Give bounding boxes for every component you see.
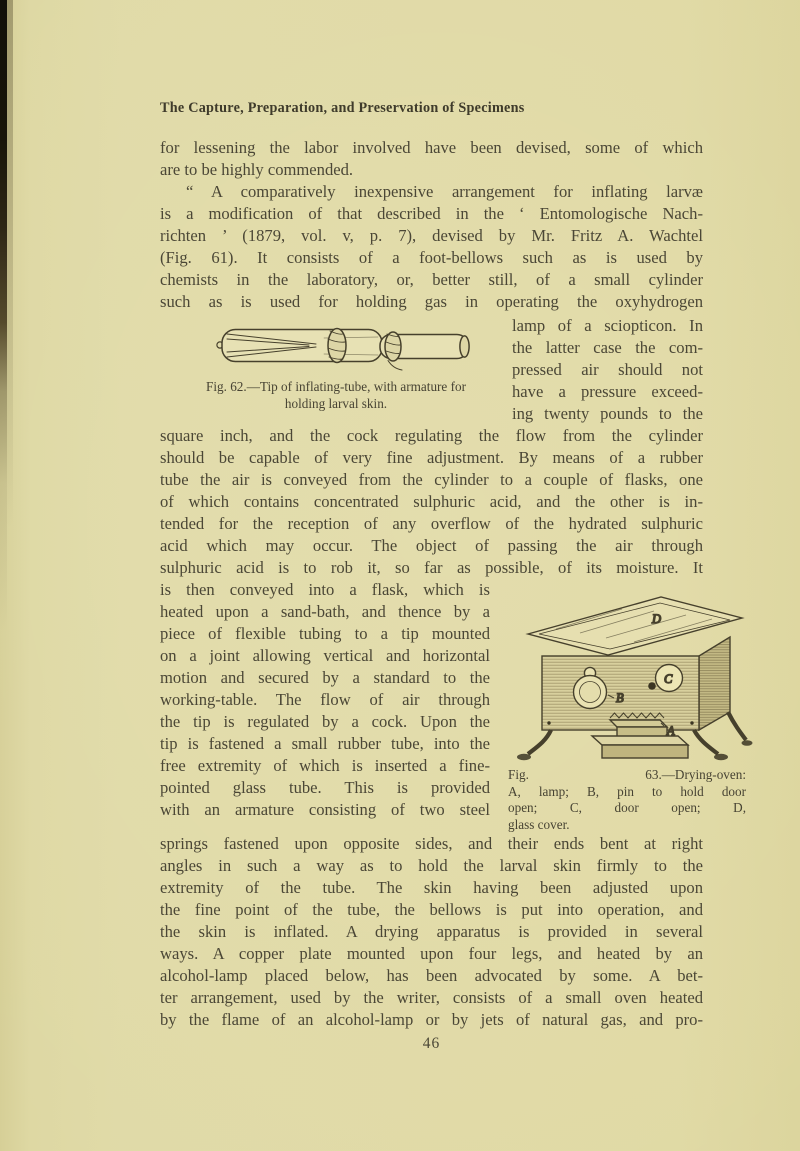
text-line: chemists in the laboratory, or, better s… — [160, 269, 703, 291]
text-line: lamp of a sciopticon. In — [512, 315, 703, 337]
page-number: 46 — [160, 1035, 703, 1053]
binding-shadow — [0, 0, 7, 1151]
text-line: heated upon a sand-bath, and thence by a — [160, 601, 490, 623]
text-line: for lessening the labor involved have be… — [160, 137, 703, 159]
text-line: piece of flexible tubing to a tip mounte… — [160, 623, 490, 645]
text-line: angles in such a way as to hold the larv… — [160, 855, 703, 877]
figure-63-row: is then conveyed into a flask, which ish… — [160, 579, 703, 833]
text-line: with an armature consisting of two steel — [160, 799, 490, 821]
text-line: motion and secured by a standard to the — [160, 667, 490, 689]
paragraph-2-part-3: springs fastened upon opposite sides, an… — [160, 833, 703, 1031]
text-line: A, lamp; B, pin to hold door — [508, 784, 746, 801]
binding-shadow-soft — [7, 0, 13, 529]
text-line: is then conveyed into a flask, which is — [160, 579, 490, 601]
text-line: have a pressure exceed- — [512, 381, 703, 403]
fig63-label-a: A — [666, 724, 675, 738]
paragraph-2-beside-figure-62: lamp of a sciopticon. Inthe latter case … — [512, 313, 703, 425]
figure-62: Fig. 62.—Tip of inflating-tube, with arm… — [160, 313, 512, 412]
text-line: working-table. The flow of air through — [160, 689, 490, 711]
text-line: should be capable of very fine adjustmen… — [160, 447, 703, 469]
text-line: pointed glass tube. This is provided — [160, 777, 490, 799]
inflating-tube-illustration — [212, 318, 484, 376]
text-line: square inch, and the cock regulating the… — [160, 425, 703, 447]
figure-63: D B C — [502, 579, 754, 833]
book-page: The Capture, Preparation, and Preservati… — [0, 0, 800, 1151]
text-line: “ A comparatively inexpensive arrangemen… — [160, 181, 703, 203]
text-line: acid which may occur. The object of pass… — [160, 535, 703, 557]
text-line: ways. A copper plate mounted upon four l… — [160, 943, 703, 965]
figure-62-row: Fig. 62.—Tip of inflating-tube, with arm… — [160, 313, 703, 425]
paragraph-2-part-2: square inch, and the cock regulating the… — [160, 425, 703, 579]
text-line: on a joint allowing vertical and horizon… — [160, 645, 490, 667]
text-line: Fig. 63.—Drying-oven: — [508, 767, 746, 784]
text-line: tube the air is conveyed from the cylind… — [160, 469, 703, 491]
paragraph-1: for lessening the labor involved have be… — [160, 137, 703, 181]
text-line: by the flame of an alcohol-lamp or by je… — [160, 1009, 703, 1031]
text-line: glass cover. — [508, 817, 746, 834]
text-line: (Fig. 61). It consists of a foot-bellows… — [160, 247, 703, 269]
fig63-label-c: C — [664, 672, 673, 686]
text-line: are to be highly commended. — [160, 159, 703, 181]
text-line: is a modification of that described in t… — [160, 203, 703, 225]
text-line: tended for the reception of any overflow… — [160, 513, 703, 535]
drying-oven-illustration: D B C — [504, 589, 754, 763]
text-line: free extremity of which is inserted a fi… — [160, 755, 490, 777]
figure-63-caption: Fig. 63.—Drying-oven:A, lamp; B, pin to … — [508, 767, 746, 833]
page-content: The Capture, Preparation, and Preservati… — [160, 100, 703, 1053]
running-header: The Capture, Preparation, and Preservati… — [160, 100, 703, 117]
text-line: springs fastened upon opposite sides, an… — [160, 833, 703, 855]
text-line: open; C, door open; D, — [508, 800, 746, 817]
text-line: holding larval skin. — [160, 396, 512, 413]
text-line: of which contains concentrated sulphuric… — [160, 491, 703, 513]
text-line: alcohol-lamp placed below, has been advo… — [160, 965, 703, 987]
text-line: Fig. 62.—Tip of inflating-tube, with arm… — [160, 379, 512, 396]
text-line: the fine point of the tube, the bellows … — [160, 899, 703, 921]
figure-62-caption: Fig. 62.—Tip of inflating-tube, with arm… — [160, 379, 512, 412]
text-line: pressed air should not — [512, 359, 703, 381]
text-line: richten ’ (1879, vol. v, p. 7), devised … — [160, 225, 703, 247]
text-line: the skin is inflated. A drying apparatus… — [160, 921, 703, 943]
text-line: sulphuric acid is to rob it, so far as p… — [160, 557, 703, 579]
text-line: extremity of the tube. The skin having b… — [160, 877, 703, 899]
text-line: the latter case the com- — [512, 337, 703, 359]
paragraph-2-beside-figure-63: is then conveyed into a flask, which ish… — [160, 579, 490, 821]
text-line: ter arrangement, used by the writer, con… — [160, 987, 703, 1009]
text-line: ing twenty pounds to the — [512, 403, 703, 425]
text-line: the tip is regulated by a cock. Upon the — [160, 711, 490, 733]
fig63-label-d: D — [651, 612, 661, 626]
text-line: such as is used for holding gas in opera… — [160, 291, 703, 313]
fig63-label-b: B — [616, 691, 624, 705]
text-line: tip is fastened a small rubber tube, int… — [160, 733, 490, 755]
paragraph-2-part-1: “ A comparatively inexpensive arrangemen… — [160, 181, 703, 313]
